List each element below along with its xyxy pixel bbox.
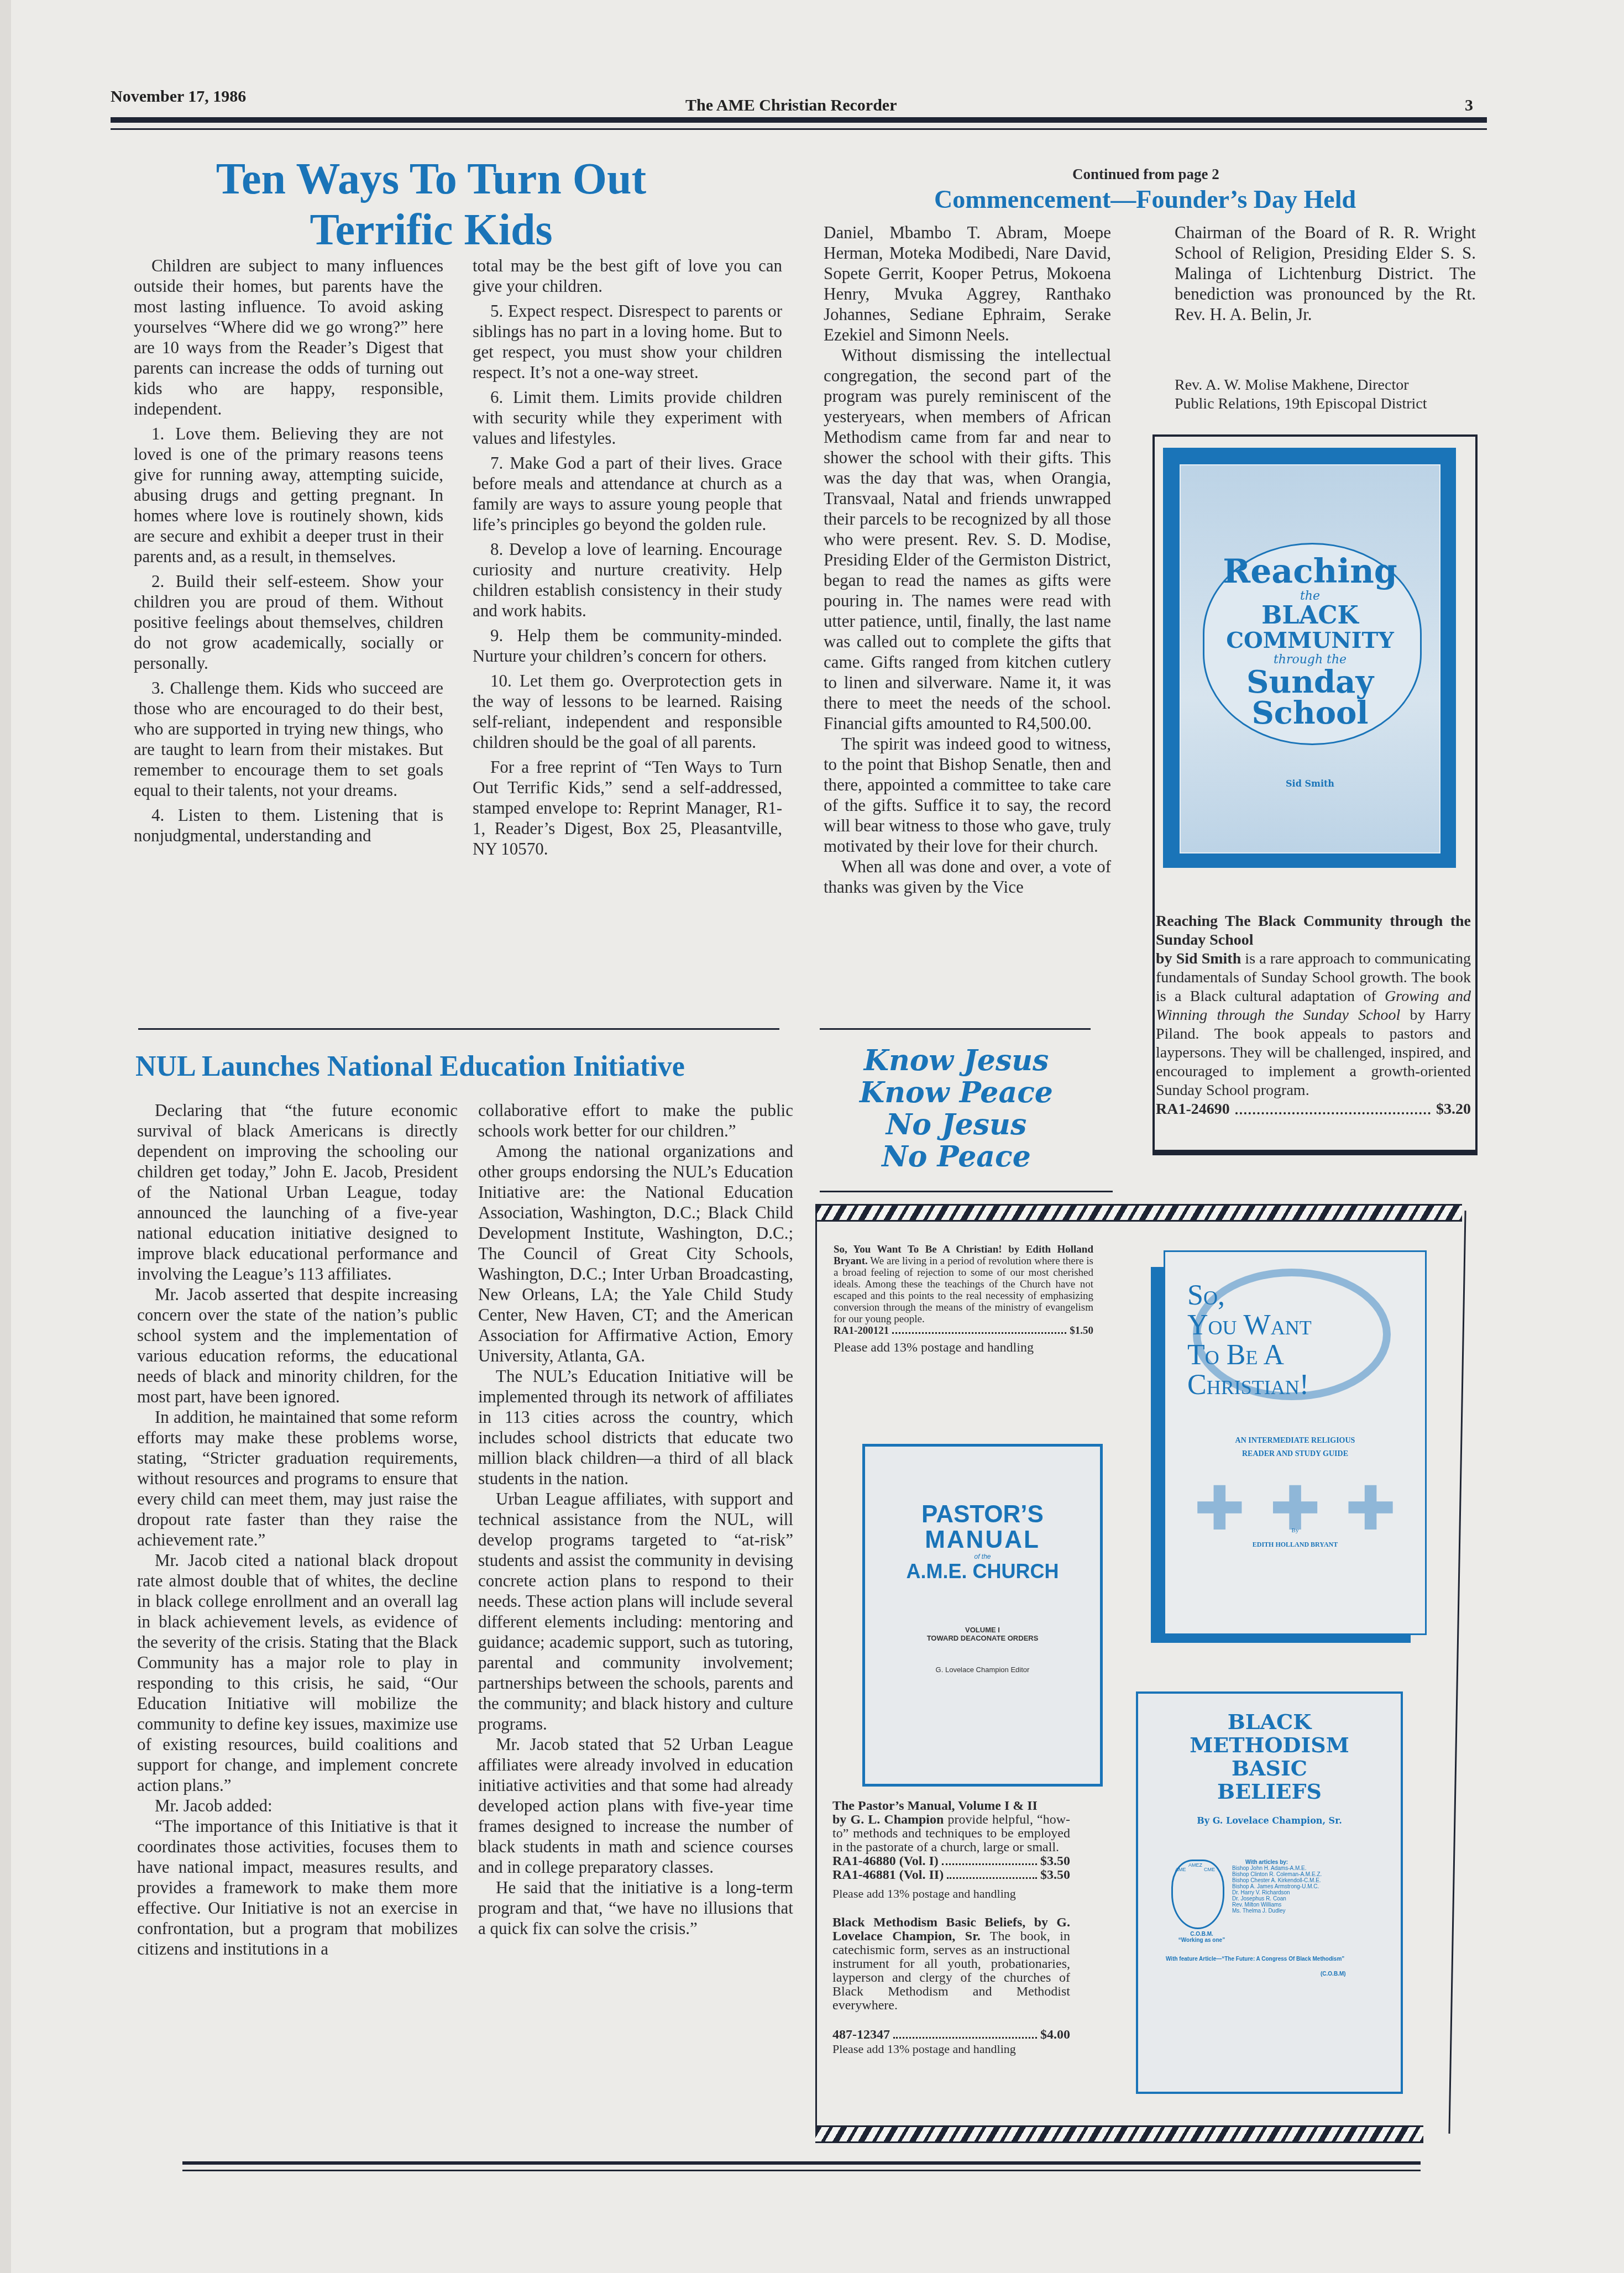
commencement-col2: Chairman of the Board of R. R. Wright Sc… [1175, 222, 1476, 324]
commencement-bottom-rule [820, 1028, 1091, 1030]
footer-rule-thin [182, 2170, 1421, 2171]
commencement-byline: Rev. A. W. Molise Makhene, Director Publ… [1175, 376, 1484, 413]
newspaper-page: November 17, 1986 The AME Christian Reco… [11, 0, 1624, 2273]
commencement-col1: Daniel, Mbambo T. Abram, Moepe Herman, M… [824, 222, 1111, 897]
rope-border-bottom [815, 2125, 1423, 2143]
header-rule-thick [111, 117, 1487, 123]
ten-ways-col1: Children are subject to many influences … [134, 255, 443, 846]
continued-note: Continued from page 2 [1072, 166, 1219, 183]
pastors-manual-desc: The Pastor’s Manual, Volume I & II by G.… [832, 1799, 1070, 2056]
issue-date: November 17, 1986 [111, 87, 246, 106]
nul-headline: NUL Launches National Education Initiati… [135, 1050, 685, 1083]
hand-logo-icon: AME AMEZ CME [1171, 1860, 1224, 1929]
footer-rule-thick [182, 2161, 1421, 2165]
reaching-book-ad: Reaching the BLACK COMMUNITY through the… [1152, 434, 1478, 1155]
nul-col1: Declaring that “the future economic surv… [137, 1100, 458, 1959]
commencement-headline: Commencement—Founder’s Day Held [934, 185, 1356, 214]
reaching-book-cover: Reaching the BLACK COMMUNITY through the… [1163, 448, 1456, 868]
methodism-book-cover: BLACK METHODISM BASIC BELIEFS By G. Love… [1136, 1691, 1403, 2094]
publication-name: The AME Christian Recorder [685, 96, 897, 115]
know-jesus-slogan: Know Jesus Know Peace No Jesus No Peace [824, 1045, 1089, 1173]
rope-border-top [815, 1204, 1462, 1222]
ad-left-border [815, 1211, 817, 2134]
page-number: 3 [1465, 96, 1473, 115]
slogan-bottom-rule [820, 1191, 1113, 1192]
cover-reaching: Reaching [1181, 554, 1439, 589]
reaching-price-line: RA1-24690$3.20 [1156, 1100, 1471, 1119]
ten-ways-bottom-rule [138, 1028, 779, 1030]
ten-ways-headline: Ten Ways To Turn Out Terrific Kids [155, 154, 708, 255]
articles-list: With articles by: Bishop John H. Adams-A… [1232, 1860, 1392, 1914]
nul-col2: collaborative effort to make the public … [478, 1100, 793, 1939]
ad-right-border [1448, 1211, 1466, 2134]
header-rule-thin [111, 128, 1487, 130]
reaching-description: Reaching The Black Community through the… [1156, 912, 1471, 1119]
pastors-manual-cover: PASTOR’S MANUAL of the A.M.E. CHURCH VOL… [862, 1444, 1103, 1787]
christian-book-cover: So, You Want To Be A Christian! AN INTER… [1164, 1250, 1427, 1635]
ten-ways-col2: total may be the best gift of love you c… [473, 255, 782, 859]
christian-book-desc: So, You Want To Be A Christian! by Edith… [834, 1244, 1093, 1354]
